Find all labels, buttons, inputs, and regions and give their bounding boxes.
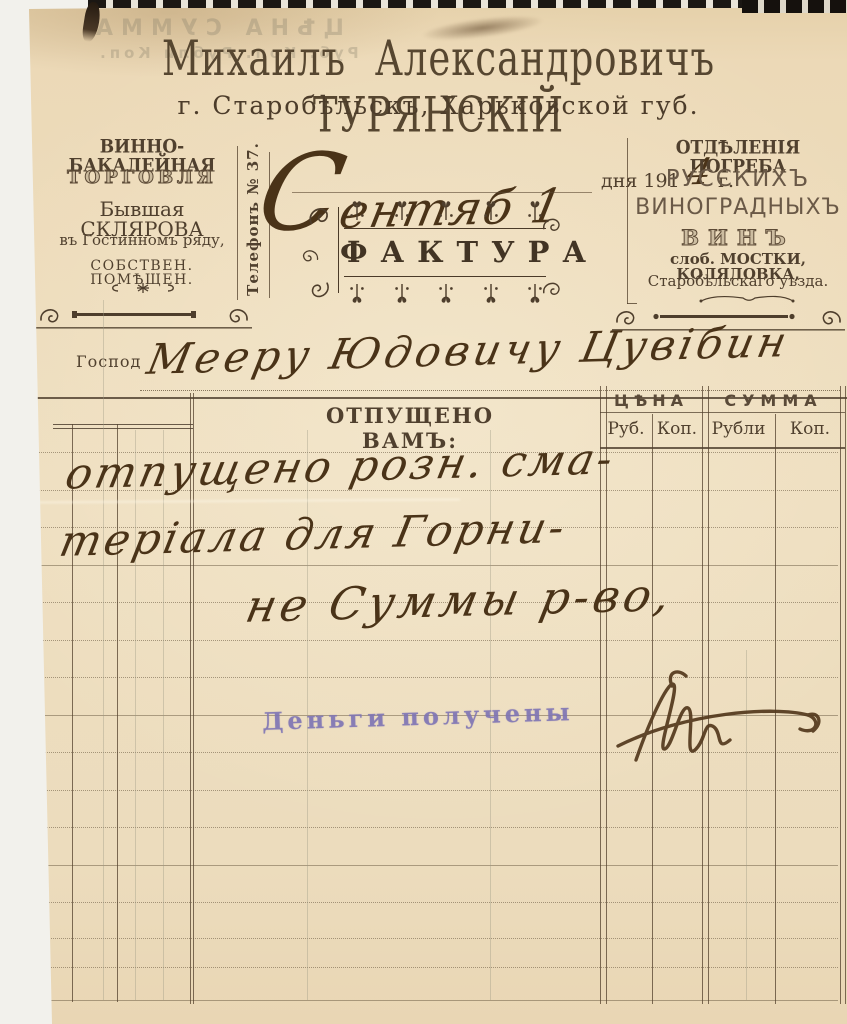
right-block-russian-line: РУССКИХЪ bbox=[636, 168, 840, 191]
addressee-label: Господ bbox=[76, 352, 141, 371]
left-flourish-icon bbox=[36, 300, 252, 336]
sum-kop-subheader: Коп. bbox=[775, 419, 845, 439]
handwritten-body-line-2: теріала для Горни- bbox=[55, 503, 571, 567]
rule-line bbox=[36, 640, 838, 641]
column-line bbox=[840, 386, 841, 1004]
rule-line bbox=[36, 938, 838, 939]
left-table-top-line2 bbox=[53, 428, 193, 429]
merchant-location: г. Старобѣльскъ, Харьковской губ. bbox=[30, 91, 847, 120]
signature bbox=[606, 652, 826, 782]
title-sprig-top-icon bbox=[306, 203, 332, 229]
column-line bbox=[72, 424, 73, 1002]
invoice-paper: ЦѢНА СУММА Руб. Коп. Рубли Коп. Михаилъ … bbox=[0, 0, 847, 1024]
invoice-title: ФАКТУРА bbox=[340, 235, 550, 269]
phone-bracket-line bbox=[237, 146, 238, 300]
price-column-header: ЦѢНА bbox=[600, 391, 702, 410]
top-edge-strip bbox=[88, 0, 847, 8]
title-corner-spiral-bottom-icon bbox=[541, 278, 563, 300]
title-frame-top-line bbox=[344, 228, 546, 229]
table-header-divider bbox=[600, 412, 845, 413]
sum-rub-subheader: Рубли bbox=[702, 419, 775, 439]
rule-line bbox=[36, 865, 838, 866]
rule-line bbox=[36, 902, 838, 903]
rule-line bbox=[36, 1000, 838, 1001]
rule-line bbox=[36, 827, 838, 828]
title-top-ornaments bbox=[348, 200, 544, 222]
right-block-uyezd-line: Старобѣльскаго уѣзда. bbox=[630, 274, 846, 289]
paper-crease bbox=[30, 498, 460, 503]
title-corner-spiral-top-icon bbox=[544, 219, 559, 230]
top-edge-strip-right bbox=[742, 0, 847, 13]
scanned-invoice-page: { "header": { "name": "Михаилъ Александр… bbox=[0, 0, 847, 1024]
right-block-grape-line: ВИНОГРАДНЫХЪ bbox=[630, 197, 846, 219]
table-header-bottom-line bbox=[600, 447, 845, 449]
rule-line bbox=[36, 967, 838, 968]
handwritten-body-line-3: не Суммы р-во, bbox=[241, 568, 679, 633]
money-received-stamp: Деньги получены bbox=[262, 697, 574, 736]
left-block-row-line: въ Гостинномъ ряду, bbox=[48, 233, 236, 248]
title-bottom-ornaments bbox=[348, 282, 544, 304]
left-mini-ornament-icon bbox=[108, 281, 178, 295]
title-sprig-bottom-icon bbox=[308, 278, 332, 302]
sum-column-header: СУММА bbox=[702, 391, 845, 410]
column-line bbox=[117, 424, 118, 1002]
title-frame-left-line bbox=[338, 207, 339, 293]
title-sprig-mid-icon bbox=[300, 246, 320, 266]
price-kop-subheader: Коп. bbox=[652, 419, 702, 439]
right-block-bracket-line bbox=[627, 138, 628, 304]
left-block-torgovlya: ТОРГОВЛЯ bbox=[48, 169, 236, 187]
rule-line bbox=[36, 790, 838, 791]
rule-line bbox=[36, 565, 838, 566]
merchant-name: Михаилъ Александровичъ ТУРЯНСКІЙ bbox=[30, 30, 847, 144]
column-line bbox=[845, 386, 846, 1004]
bleed-column-line bbox=[103, 300, 104, 1000]
title-frame-bottom-line bbox=[344, 276, 546, 277]
date-underline bbox=[292, 192, 592, 193]
left-table-top-line bbox=[53, 424, 193, 425]
right-block-wines-line: ВИНЪ bbox=[636, 227, 840, 248]
